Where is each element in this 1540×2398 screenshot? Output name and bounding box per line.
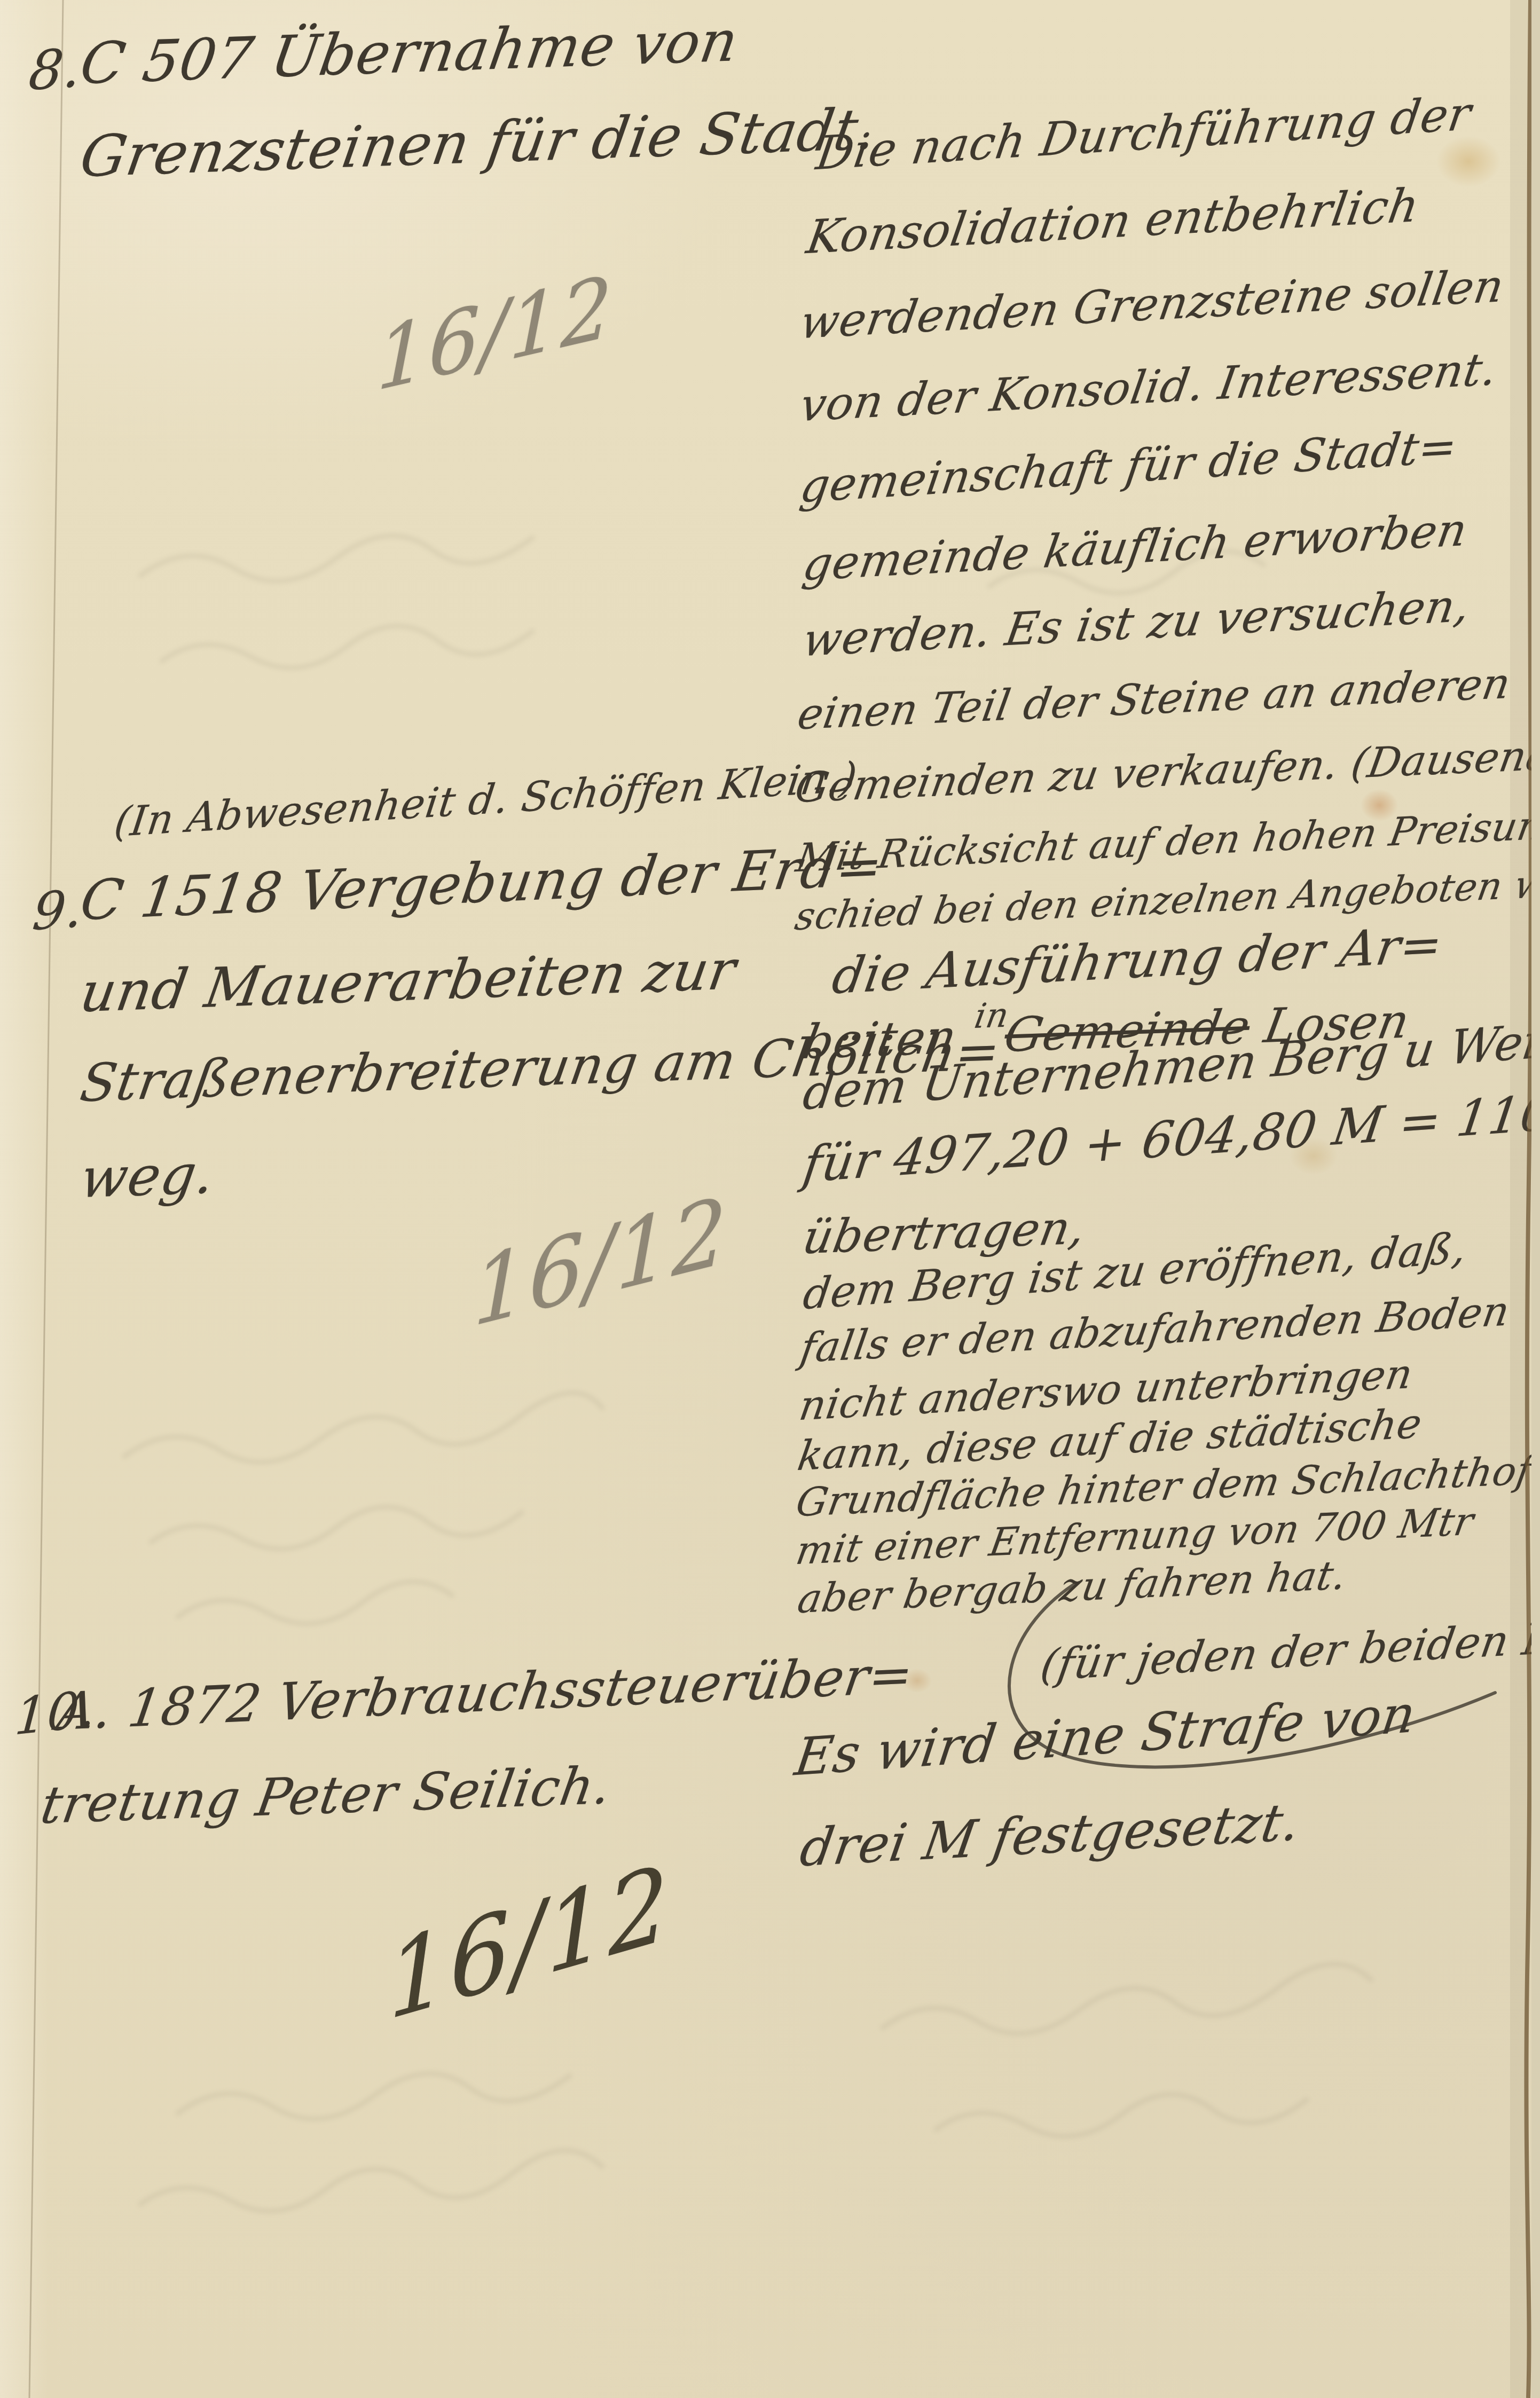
entry-9-date: 16/12	[473, 1176, 728, 1348]
entry-10-title-line: tretung Peter Seilich.	[37, 1755, 615, 1835]
entry-8-title-line: Grenzsteinen für die Stadt.	[76, 96, 882, 190]
entry-9-title-line: und Mauerarbeiten zur	[76, 938, 741, 1025]
entry-10-date: 16/12	[385, 1842, 672, 2043]
resolution-8-line: Die nach Durchführung der	[813, 87, 1475, 181]
resolution-10-line: drei M festgesetzt.	[796, 1792, 1305, 1878]
entry-9-title-line: C 1518 Vergebung der Erd=	[76, 834, 887, 933]
page-edge-shadow	[1510, 0, 1528, 2398]
foxing-stain	[1436, 136, 1500, 187]
resolution-8-line: einen Teil der Steine an anderen	[794, 658, 1514, 739]
resolution-8-line: Konsolidation entbehrlich	[803, 179, 1423, 265]
entry-8-title-line: C 507 Übernahme von	[76, 8, 743, 97]
entry-9-title-line: weg.	[76, 1142, 219, 1210]
entry-9-absence-note: (In Abwesenheit d. Schöffen Klein.)	[112, 753, 860, 846]
resolution-8-line: werden. Es ist zu versuchen,	[799, 579, 1474, 666]
resolution-8-line: gemeinde käuflich erworben	[799, 503, 1471, 591]
resolution-9-margin-note: (für jeden der beiden Fälle)	[1038, 1608, 1540, 1690]
adjacent-page-sliver	[1531, 0, 1540, 2398]
entry-8-date: 16/12	[375, 256, 614, 411]
page-edge-line	[1526, 0, 1530, 2398]
resolution-8-line: gemeinschaft für die Stadt=	[797, 420, 1461, 513]
fold-crease-line	[29, 0, 63, 2398]
resolution-8-line: werdenden Grenzsteine sollen	[797, 260, 1508, 349]
entry-8-number: 8.	[26, 36, 85, 103]
scanned-manuscript-page: 8. C 507 Übernahme von Grenzsteinen für …	[0, 0, 1540, 2398]
resolution-8-line: von der Konsolid. Interessent.	[797, 342, 1501, 431]
resolution-8-line: Gemeinden zu verkaufen. (Dausenau)	[791, 729, 1540, 812]
entry-10-title-line: A. 1872 Verbrauchssteuerüber=	[53, 1645, 917, 1742]
